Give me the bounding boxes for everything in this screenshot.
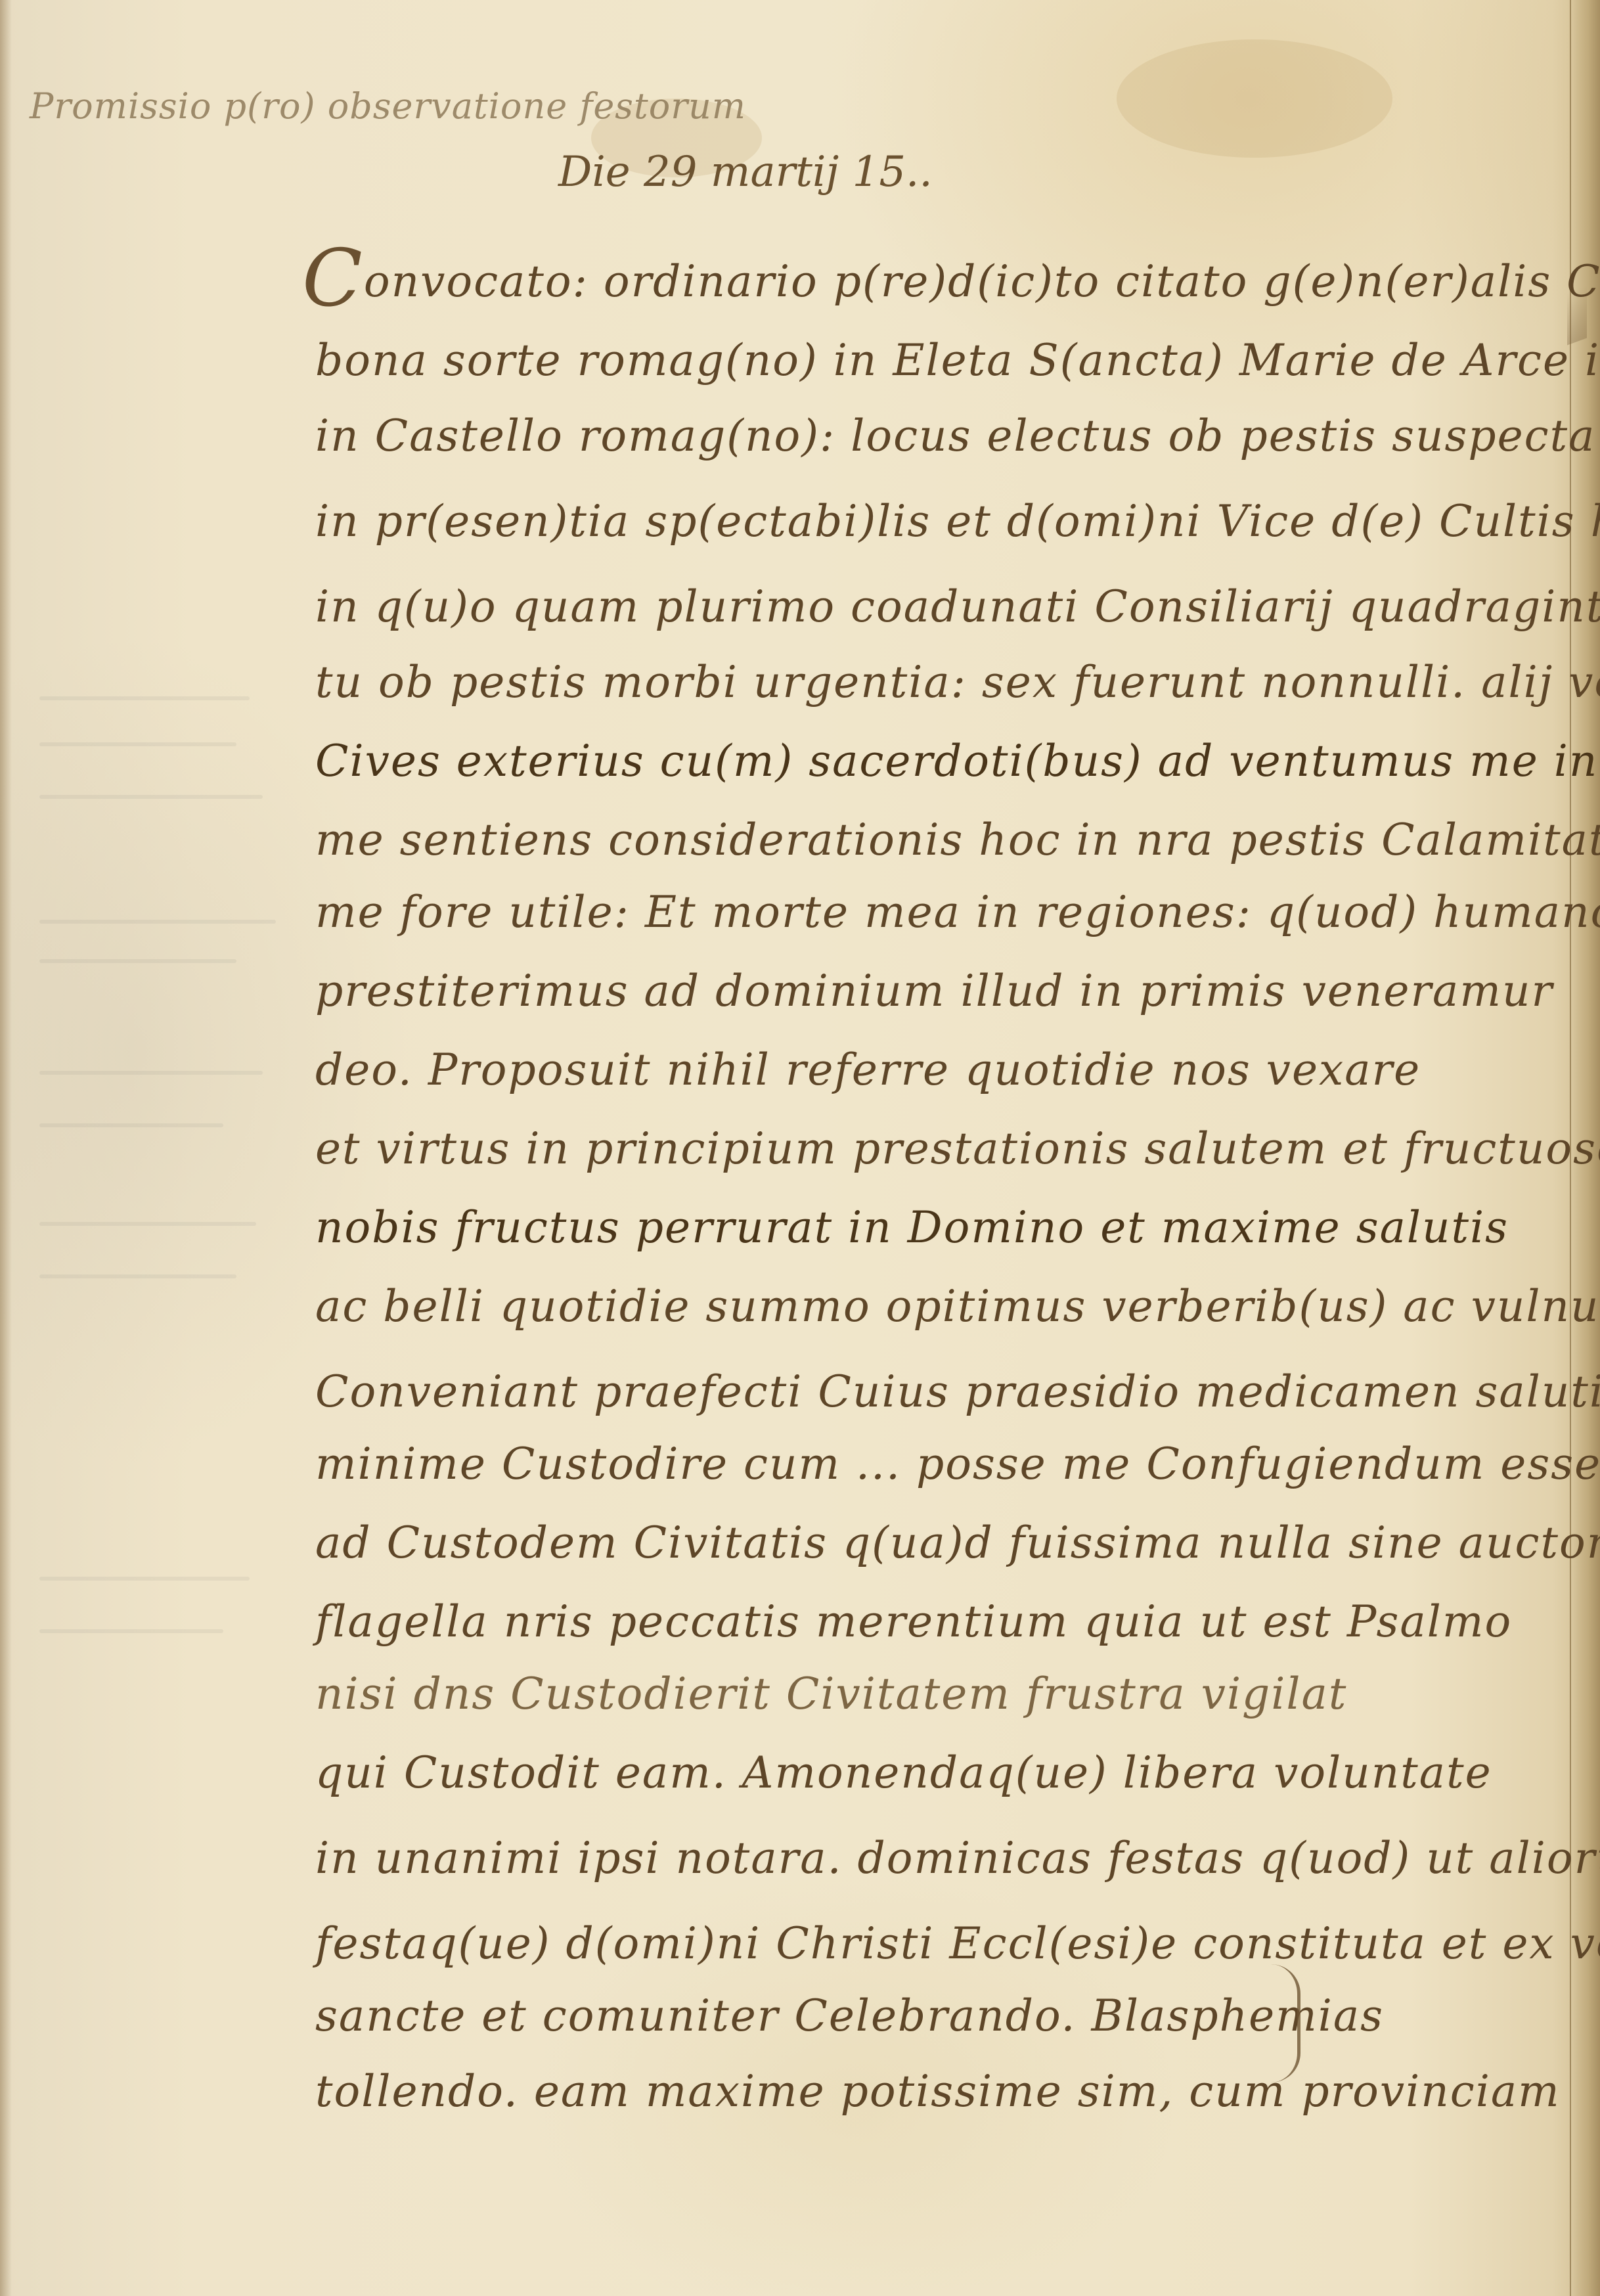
ms-line-1: Convocato: ordinario p(re)d(ic)to citato…	[302, 240, 1600, 319]
bleed-through-line	[39, 742, 236, 746]
bleed-through-line	[39, 920, 276, 924]
bleed-through-line	[39, 1577, 250, 1581]
ms-line-24: tollendo. eam maxime potissime sim, cum …	[315, 2066, 1561, 2117]
ms-line-3: in Castello romag(no): locus electus ob …	[315, 411, 1596, 461]
decorated-initial: C	[302, 233, 364, 325]
ms-line-16: minime Custodire cum ... posse me Confug…	[315, 1439, 1600, 1489]
ms-line-10: prestiterimus ad dominium illud in primi…	[315, 966, 1553, 1016]
bleed-through-line	[39, 1071, 263, 1075]
ms-line-21: in unanimi ipsi notara. dominicas festas…	[315, 1833, 1600, 1883]
ms-line-5: in q(u)o quam plurimo coadunati Consilia…	[315, 581, 1600, 632]
page-left-edge	[0, 0, 12, 2296]
ms-line-4: in pr(esen)tia sp(ectabi)lis et d(omi)ni…	[315, 496, 1600, 547]
date-line: Die 29 martij 15..	[558, 148, 933, 196]
ms-line-11: deo. Proposuit nihil referre quotidie no…	[315, 1045, 1421, 1095]
ms-line-19: nisi dns Custodierit Civitatem frustra v…	[315, 1669, 1347, 1719]
ms-line-22: festaq(ue) d(omi)ni Christi Eccl(esi)e c…	[315, 1918, 1600, 1969]
ms-line-6: tu ob pestis morbi urgentia: sex fuerunt…	[315, 657, 1600, 708]
ms-line-7: Cives exterius cu(m) sacerdoti(bus) ad v…	[315, 736, 1600, 786]
bleed-through-line	[39, 696, 250, 700]
manuscript-page: Promissio p(ro) observatione festorum Di…	[0, 0, 1600, 2296]
ms-line-12: et virtus in principium prestationis sal…	[315, 1123, 1600, 1174]
ms-line-23: sancte et comuniter Celebrando. Blasphem…	[315, 1991, 1384, 2041]
bleed-through-line	[39, 1123, 223, 1127]
ms-line-13: nobis fructus perrurat in Domino et maxi…	[315, 1202, 1509, 1253]
bleed-through-line	[39, 1629, 223, 1633]
ms-line-18: flagella nris peccatis merentium quia ut…	[315, 1596, 1512, 1647]
ms-line-14: ac belli quotidie summo opitimus verberi…	[315, 1281, 1600, 1332]
header-annotation: Promissio p(ro) observatione festorum	[30, 85, 746, 127]
ms-line-15: Conveniant praefecti Cuius praesidio med…	[315, 1366, 1600, 1417]
bleed-through-line	[39, 795, 263, 799]
bleed-through-line	[39, 1222, 256, 1226]
paper-stain	[1117, 39, 1392, 158]
bleed-through-line	[39, 1274, 236, 1278]
bleed-through-line	[39, 959, 236, 963]
ms-line-9: me fore utile: Et morte mea in regiones:…	[315, 887, 1600, 937]
closing-flourish	[1271, 1964, 1300, 2082]
ms-line-17: ad Custodem Civitatis q(ua)d fuissima nu…	[315, 1518, 1600, 1568]
ms-line-20: qui Custodit eam. Amonendaq(ue) libera v…	[315, 1747, 1492, 1798]
ms-line-8: me sentiens considerationis hoc in nra p…	[315, 815, 1600, 865]
ms-line-2: bona sorte romag(no) in Eleta S(ancta) M…	[315, 335, 1600, 386]
